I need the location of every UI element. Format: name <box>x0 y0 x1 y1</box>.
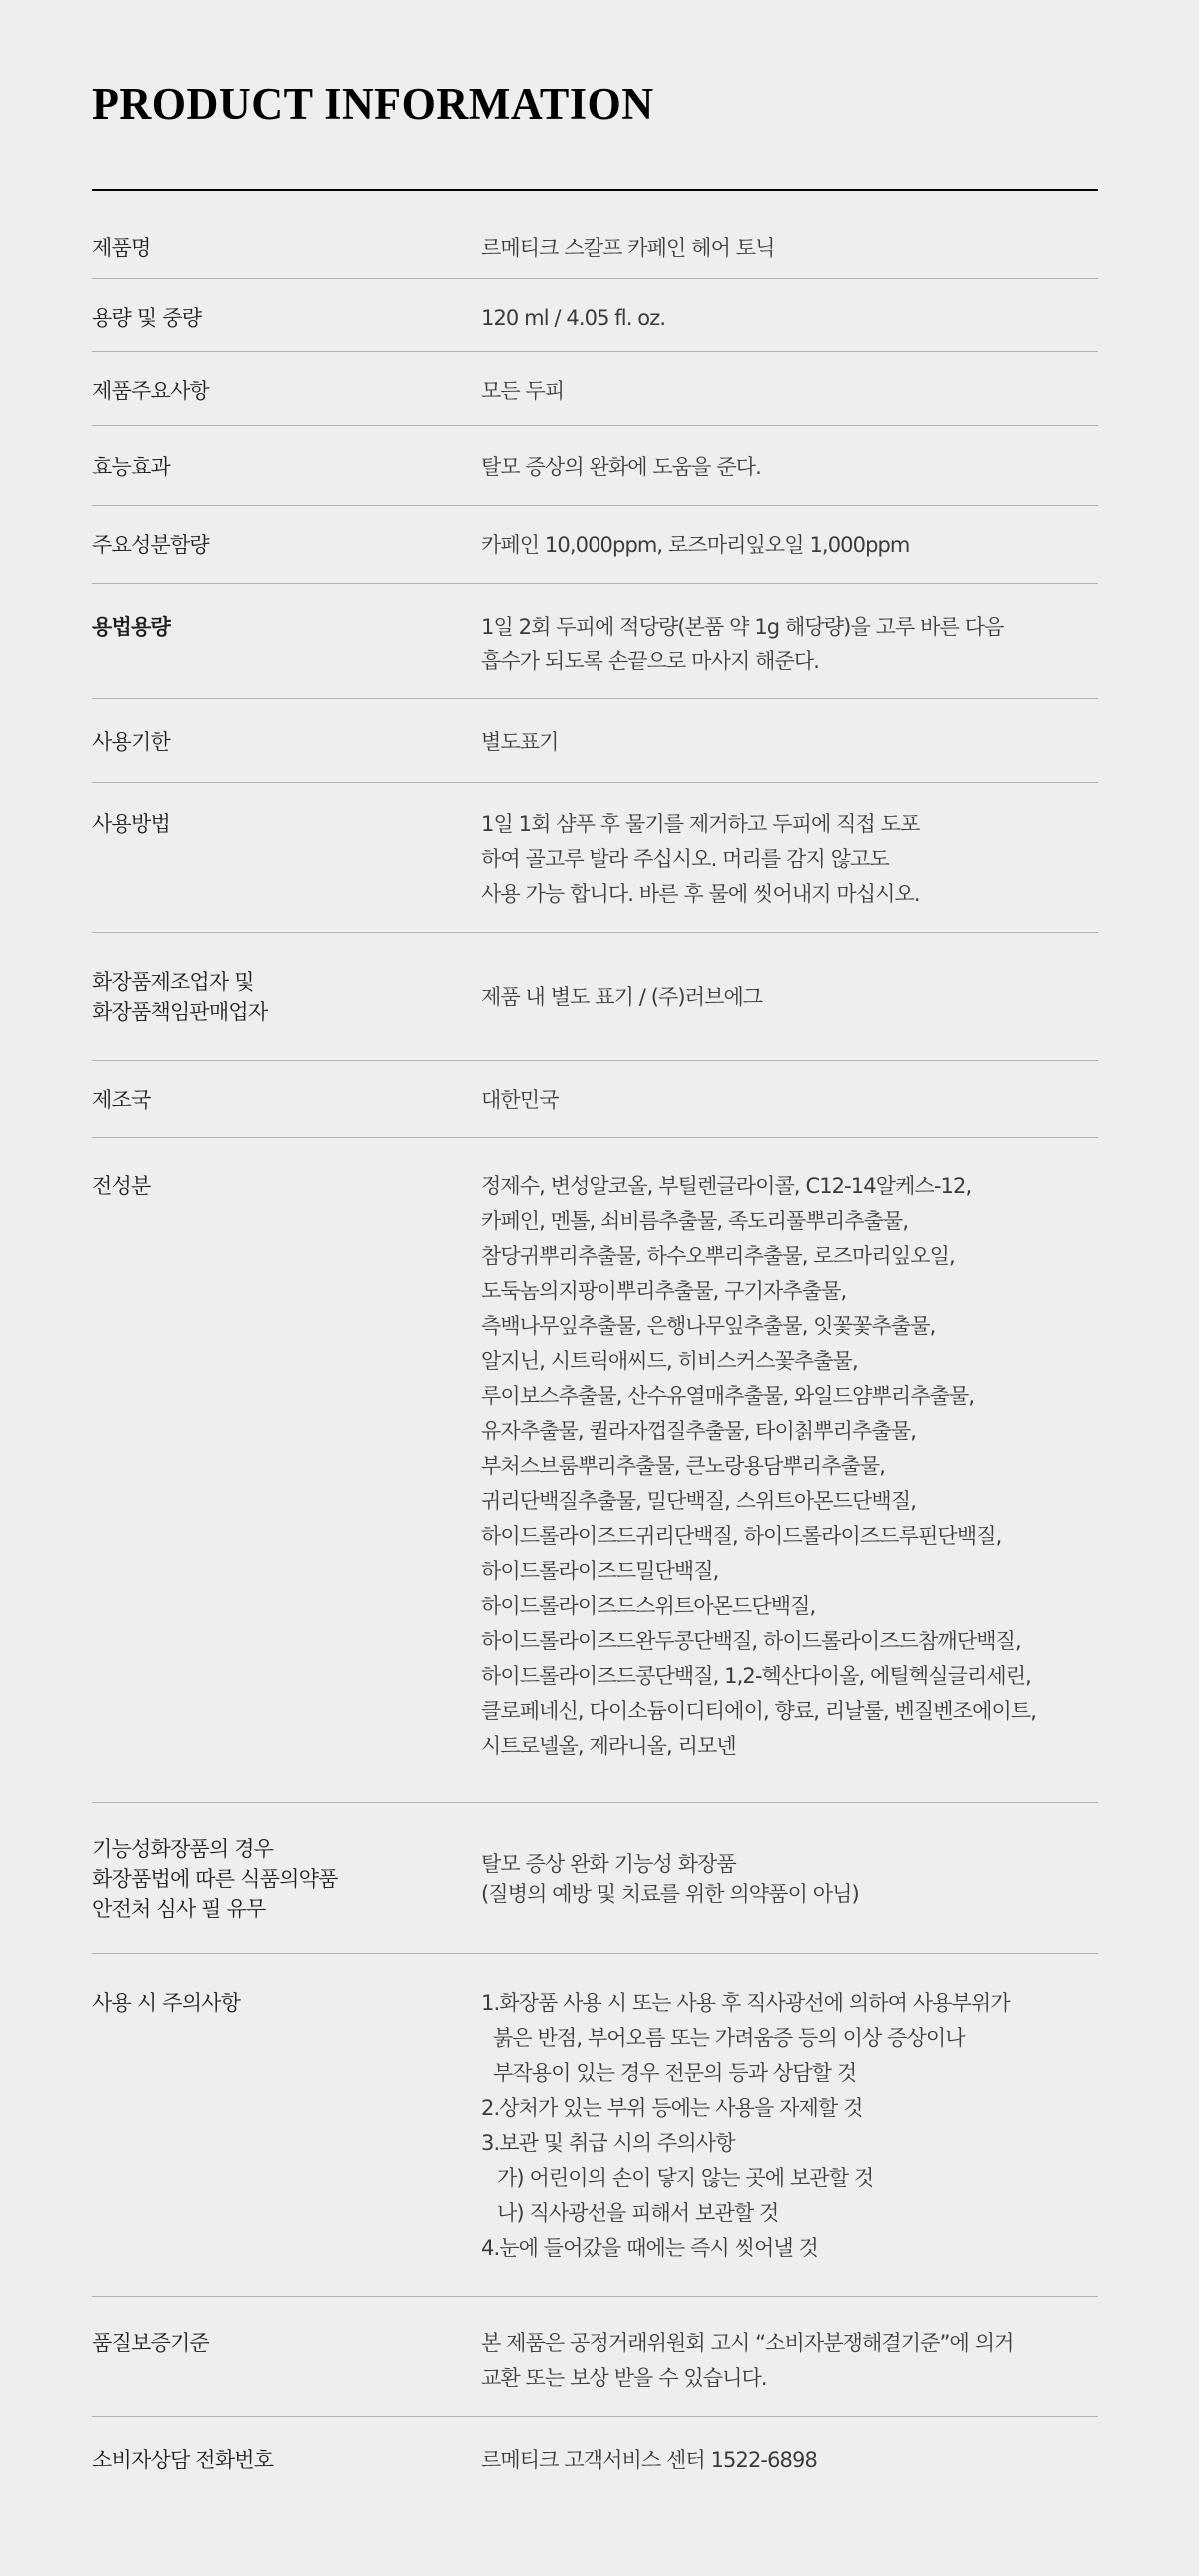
info-row-full-ingredients: 전성분 정제수, 변성알코올, 부틸렌글라이콜, C12-14알케스-12, 카… <box>92 1138 1098 1803</box>
row-value: 1.화장품 사용 시 또는 사용 후 직사광선에 의하여 사용부위가 붉은 반점… <box>481 1986 1098 2266</box>
value-line: 하여 골고루 발라 주십시오. 머리를 감지 않고도 <box>481 842 1098 877</box>
value-line: (질병의 예방 및 치료를 위한 의약품이 아님) <box>481 1879 1098 1909</box>
value-line: 가) 어린이의 손이 닿지 않는 곳에 보관할 것 <box>481 2161 1098 2196</box>
value-line: 도둑놈의지팡이뿌리추출물, 구기자추출물, <box>481 1274 1098 1309</box>
row-value: 대한민국 <box>481 1083 1098 1118</box>
row-label: 제품주요사항 <box>92 374 481 409</box>
value-line: 탈모 증상의 완화에 도움을 준다. <box>481 450 1098 485</box>
value-line: 1일 2회 두피에 적당량(본품 약 1g 해당량)을 고루 바른 다음 <box>481 610 1098 644</box>
row-label: 효능효과 <box>92 450 481 485</box>
row-label: 주요성분함량 <box>92 528 481 563</box>
row-value: 탈모 증상 완화 기능성 화장품 (질병의 예방 및 치료를 위한 의약품이 아… <box>481 1849 1098 1909</box>
value-line: 붉은 반점, 부어오름 또는 가려움증 등의 이상 증상이나 <box>481 2021 1098 2056</box>
info-row-precautions: 사용 시 주의사항 1.화장품 사용 시 또는 사용 후 직사광선에 의하여 사… <box>92 1954 1098 2297</box>
value-line: 하이드롤라이즈드귀리단백질, 하이드롤라이즈드루핀단백질, <box>481 1519 1098 1554</box>
info-row-quality-guarantee: 품질보증기준 본 제품은 공정거래위원회 고시 “소비자분쟁해결기준”에 의거 … <box>92 2297 1098 2417</box>
value-line: 루이보스추출물, 산수유열매추출물, 와일드얌뿌리추출물, <box>481 1379 1098 1414</box>
row-label: 제품명 <box>92 231 481 266</box>
value-line: 하이드롤라이즈드완두콩단백질, 하이드롤라이즈드참깨단백질, <box>481 1624 1098 1659</box>
row-value: 본 제품은 공정거래위원회 고시 “소비자분쟁해결기준”에 의거 교환 또는 보… <box>481 2326 1098 2396</box>
value-line: 1.화장품 사용 시 또는 사용 후 직사광선에 의하여 사용부위가 <box>481 1986 1098 2021</box>
value-line: 카페인, 멘톨, 쇠비름추출물, 족도리풀뿌리추출물, <box>481 1204 1098 1239</box>
row-label: 사용 시 주의사항 <box>92 1986 481 2021</box>
value-line: 클로페네신, 다이소듐이디티에이, 향료, 리날룰, 벤질벤조에이트, <box>481 1694 1098 1729</box>
row-value: 1일 2회 두피에 적당량(본품 약 1g 해당량)을 고루 바른 다음 흡수가… <box>481 610 1098 679</box>
row-value: 제품 내 별도 표기 / (주)러브에그 <box>481 982 1098 1012</box>
row-label: 용량 및 중량 <box>92 301 481 336</box>
info-row-volume: 용량 및 중량 120 ml / 4.05 fl. oz. <box>92 279 1098 352</box>
row-label: 품질보증기준 <box>92 2326 481 2361</box>
row-label: 소비자상담 전화번호 <box>92 2443 481 2478</box>
info-row-dosage: 용법용량 1일 2회 두피에 적당량(본품 약 1g 해당량)을 고루 바른 다… <box>92 584 1098 699</box>
row-value: 카페인 10,000ppm, 로즈마리잎오일 1,000ppm <box>481 528 1098 563</box>
info-row-customer-service-phone: 소비자상담 전화번호 르메티크 고객서비스 센터 1522-6898 <box>92 2417 1098 2517</box>
value-line: 르메티크 스칼프 카페인 헤어 토닉 <box>481 231 1098 266</box>
row-value: 별도표기 <box>481 725 1098 760</box>
page-title: PRODUCT INFORMATION <box>92 76 654 132</box>
product-info-table: 제품명 르메티크 스칼프 카페인 헤어 토닉 용량 및 중량 120 ml / … <box>92 191 1098 2517</box>
row-value: 정제수, 변성알코올, 부틸렌글라이콜, C12-14알케스-12, 카페인, … <box>481 1169 1098 1764</box>
row-label: 사용기한 <box>92 725 481 760</box>
value-line: 시트로넬올, 제라니올, 리모넨 <box>481 1729 1098 1764</box>
label-line: 안전처 심사 필 유무 <box>92 1894 481 1924</box>
info-row-expiry: 사용기한 별도표기 <box>92 699 1098 783</box>
value-line: 120 ml / 4.05 fl. oz. <box>481 301 1098 336</box>
row-value: 1일 1회 샴푸 후 물기를 제거하고 두피에 직접 도포 하여 골고루 발라 … <box>481 807 1098 912</box>
value-line: 흡수가 되도록 손끝으로 마사지 해준다. <box>481 644 1098 679</box>
value-line: 1일 1회 샴푸 후 물기를 제거하고 두피에 직접 도포 <box>481 807 1098 842</box>
row-label: 용법용량 <box>92 610 481 644</box>
label-line: 화장품제조업자 및 <box>92 967 481 997</box>
value-line: 교환 또는 보상 받을 수 있습니다. <box>481 2361 1098 2396</box>
row-label: 전성분 <box>92 1169 481 1204</box>
row-value: 120 ml / 4.05 fl. oz. <box>481 301 1098 336</box>
value-line: 참당귀뿌리추출물, 하수오뿌리추출물, 로즈마리잎오일, <box>481 1239 1098 1274</box>
value-line: 정제수, 변성알코올, 부틸렌글라이콜, C12-14알케스-12, <box>481 1169 1098 1204</box>
row-value: 탈모 증상의 완화에 도움을 준다. <box>481 450 1098 485</box>
row-value: 모든 두피 <box>481 374 1098 409</box>
value-line: 제품 내 별도 표기 / (주)러브에그 <box>481 982 1098 1012</box>
row-value: 르메티크 스칼프 카페인 헤어 토닉 <box>481 231 1098 266</box>
value-line: 대한민국 <box>481 1083 1098 1118</box>
value-line: 탈모 증상 완화 기능성 화장품 <box>481 1849 1098 1879</box>
info-row-manufacturer: 화장품제조업자 및 화장품책임판매업자 제품 내 별도 표기 / (주)러브에그 <box>92 933 1098 1061</box>
info-row-main-spec: 제품주요사항 모든 두피 <box>92 352 1098 426</box>
value-line: 카페인 10,000ppm, 로즈마리잎오일 1,000ppm <box>481 528 1098 563</box>
info-row-directions: 사용방법 1일 1회 샴푸 후 물기를 제거하고 두피에 직접 도포 하여 골고… <box>92 783 1098 933</box>
value-line: 르메티크 고객서비스 센터 1522-6898 <box>481 2443 1098 2478</box>
value-line: 나) 직사광선을 피해서 보관할 것 <box>481 2196 1098 2231</box>
row-label: 기능성화장품의 경우 화장품법에 따른 식품의약품 안전처 심사 필 유무 <box>92 1834 481 1924</box>
value-line: 부처스브룸뿌리추출물, 큰노랑용담뿌리추출물, <box>481 1449 1098 1484</box>
value-line: 3.보관 및 취급 시의 주의사항 <box>481 2126 1098 2161</box>
label-line: 화장품책임판매업자 <box>92 997 481 1027</box>
value-line: 하이드롤라이즈드밀단백질, <box>481 1554 1098 1589</box>
value-line: 별도표기 <box>481 725 1098 760</box>
info-row-functional-review: 기능성화장품의 경우 화장품법에 따른 식품의약품 안전처 심사 필 유무 탈모… <box>92 1803 1098 1954</box>
value-line: 귀리단백질추출물, 밀단백질, 스위트아몬드단백질, <box>481 1484 1098 1519</box>
info-row-key-ingredient-content: 주요성분함량 카페인 10,000ppm, 로즈마리잎오일 1,000ppm <box>92 506 1098 584</box>
info-row-country: 제조국 대한민국 <box>92 1061 1098 1138</box>
value-line: 측백나무잎추출물, 은행나무잎추출물, 잇꽃꽃추출물, <box>481 1309 1098 1344</box>
label-line: 기능성화장품의 경우 <box>92 1834 481 1864</box>
value-line: 4.눈에 들어갔을 때에는 즉시 씻어낼 것 <box>481 2231 1098 2266</box>
info-row-efficacy: 효능효과 탈모 증상의 완화에 도움을 준다. <box>92 426 1098 506</box>
row-value: 르메티크 고객서비스 센터 1522-6898 <box>481 2443 1098 2478</box>
value-line: 유자추출물, 퀼라자껍질추출물, 타이칡뿌리추출물, <box>481 1414 1098 1449</box>
value-line: 알지닌, 시트릭애씨드, 히비스커스꽃추출물, <box>481 1344 1098 1379</box>
value-line: 사용 가능 합니다. 바른 후 물에 씻어내지 마십시오. <box>481 877 1098 912</box>
row-label: 사용방법 <box>92 807 481 842</box>
row-label: 화장품제조업자 및 화장품책임판매업자 <box>92 967 481 1027</box>
value-line: 본 제품은 공정거래위원회 고시 “소비자분쟁해결기준”에 의거 <box>481 2326 1098 2361</box>
value-line: 부작용이 있는 경우 전문의 등과 상담할 것 <box>481 2056 1098 2091</box>
value-line: 하이드롤라이즈드콩단백질, 1,2-헥산다이올, 에틸헥실글리세린, <box>481 1659 1098 1694</box>
label-line: 화장품법에 따른 식품의약품 <box>92 1864 481 1894</box>
value-line: 하이드롤라이즈드스위트아몬드단백질, <box>481 1589 1098 1624</box>
info-row-product-name: 제품명 르메티크 스칼프 카페인 헤어 토닉 <box>92 191 1098 279</box>
value-line: 모든 두피 <box>481 374 1098 409</box>
row-label: 제조국 <box>92 1083 481 1118</box>
value-line: 2.상처가 있는 부위 등에는 사용을 자제할 것 <box>481 2091 1098 2126</box>
